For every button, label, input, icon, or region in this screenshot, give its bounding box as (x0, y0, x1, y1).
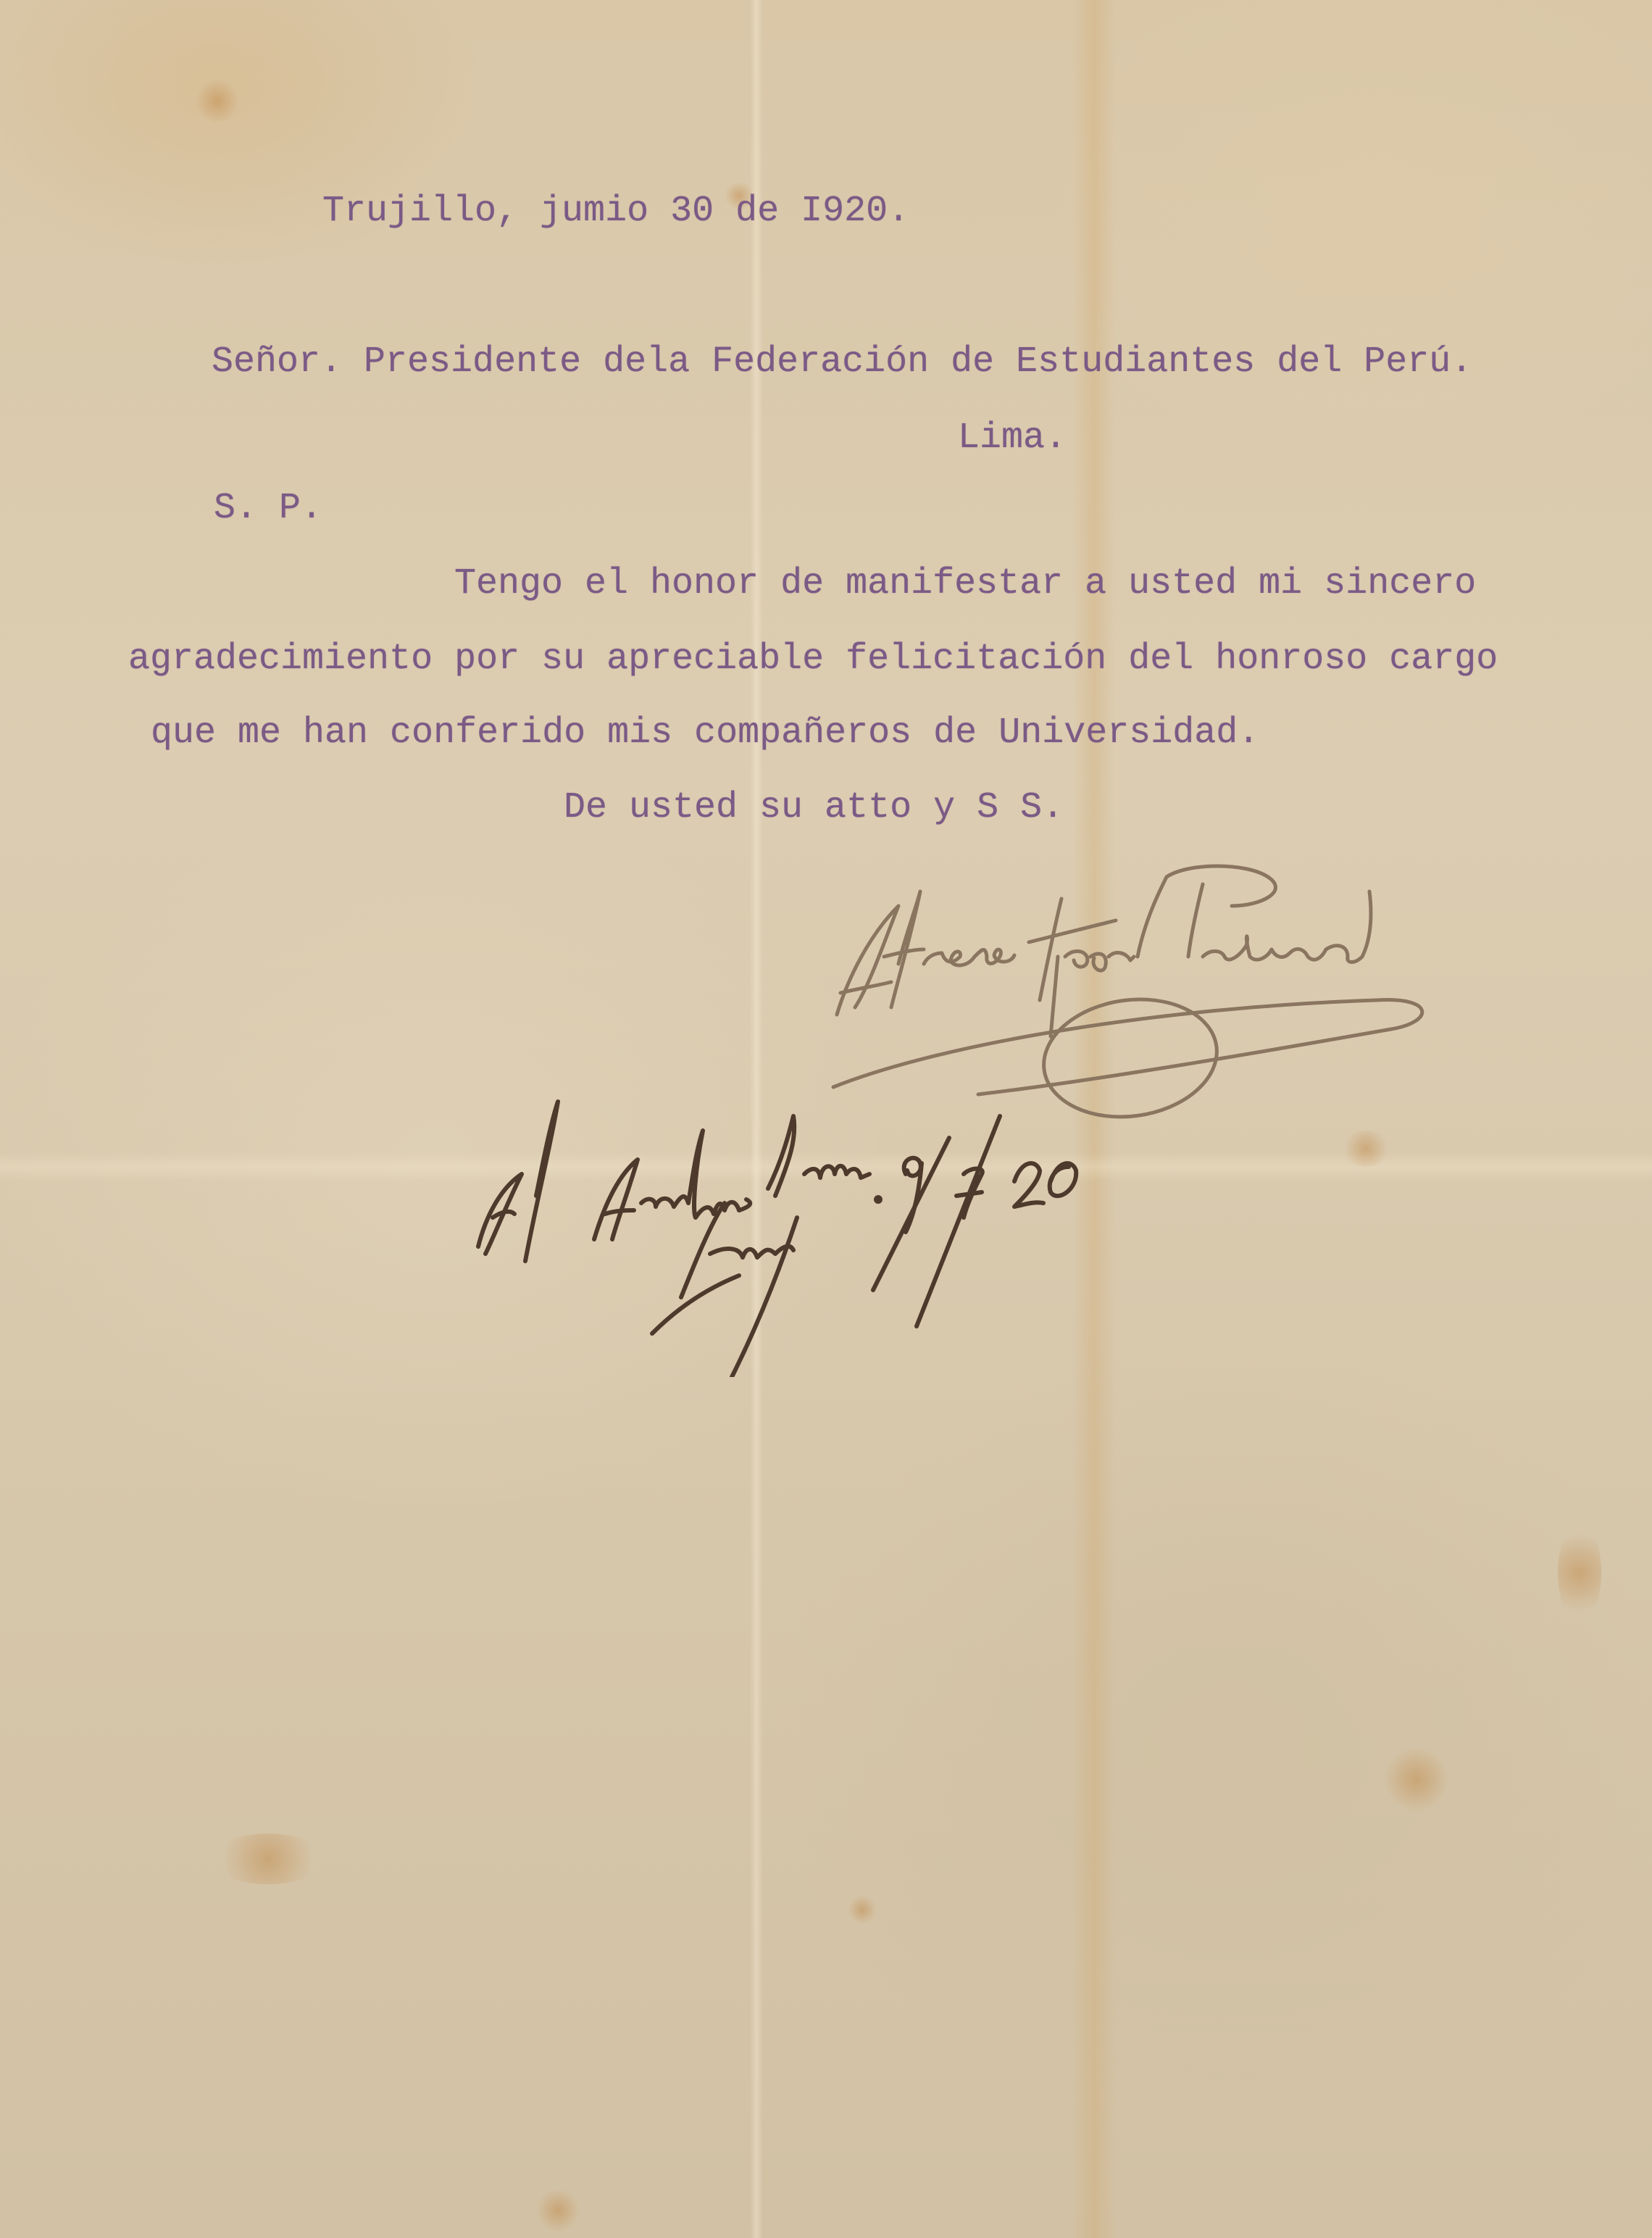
letter-page: Trujillo, jumio 30 de I920. Señor. Presi… (0, 0, 1652, 2238)
foxing-stain (1558, 1522, 1601, 1623)
addressee-city: Lima. (958, 417, 1067, 460)
closing-line: De usted su atto y S S. (564, 786, 1064, 830)
body-line-3: que me han conferido mis compañeros de U… (151, 712, 1259, 755)
body-line-1: Tengo el honor de manifestar a usted mi … (454, 562, 1476, 606)
foxing-stain (196, 80, 239, 123)
date-line: Trujillo, jumio 30 de I920. (322, 190, 909, 233)
foxing-stain (210, 1834, 326, 1884)
salutation: S. P. (214, 487, 322, 531)
foxing-stain (848, 1895, 877, 1924)
body-line-2: agradecimiento por su apreciable felicit… (128, 638, 1498, 681)
archive-annotation (464, 1073, 1377, 1377)
addressee-line: Señor. Presidente dela Federación de Est… (212, 341, 1472, 384)
foxing-stain (1384, 1747, 1449, 1812)
foxing-stain (536, 2189, 580, 2232)
